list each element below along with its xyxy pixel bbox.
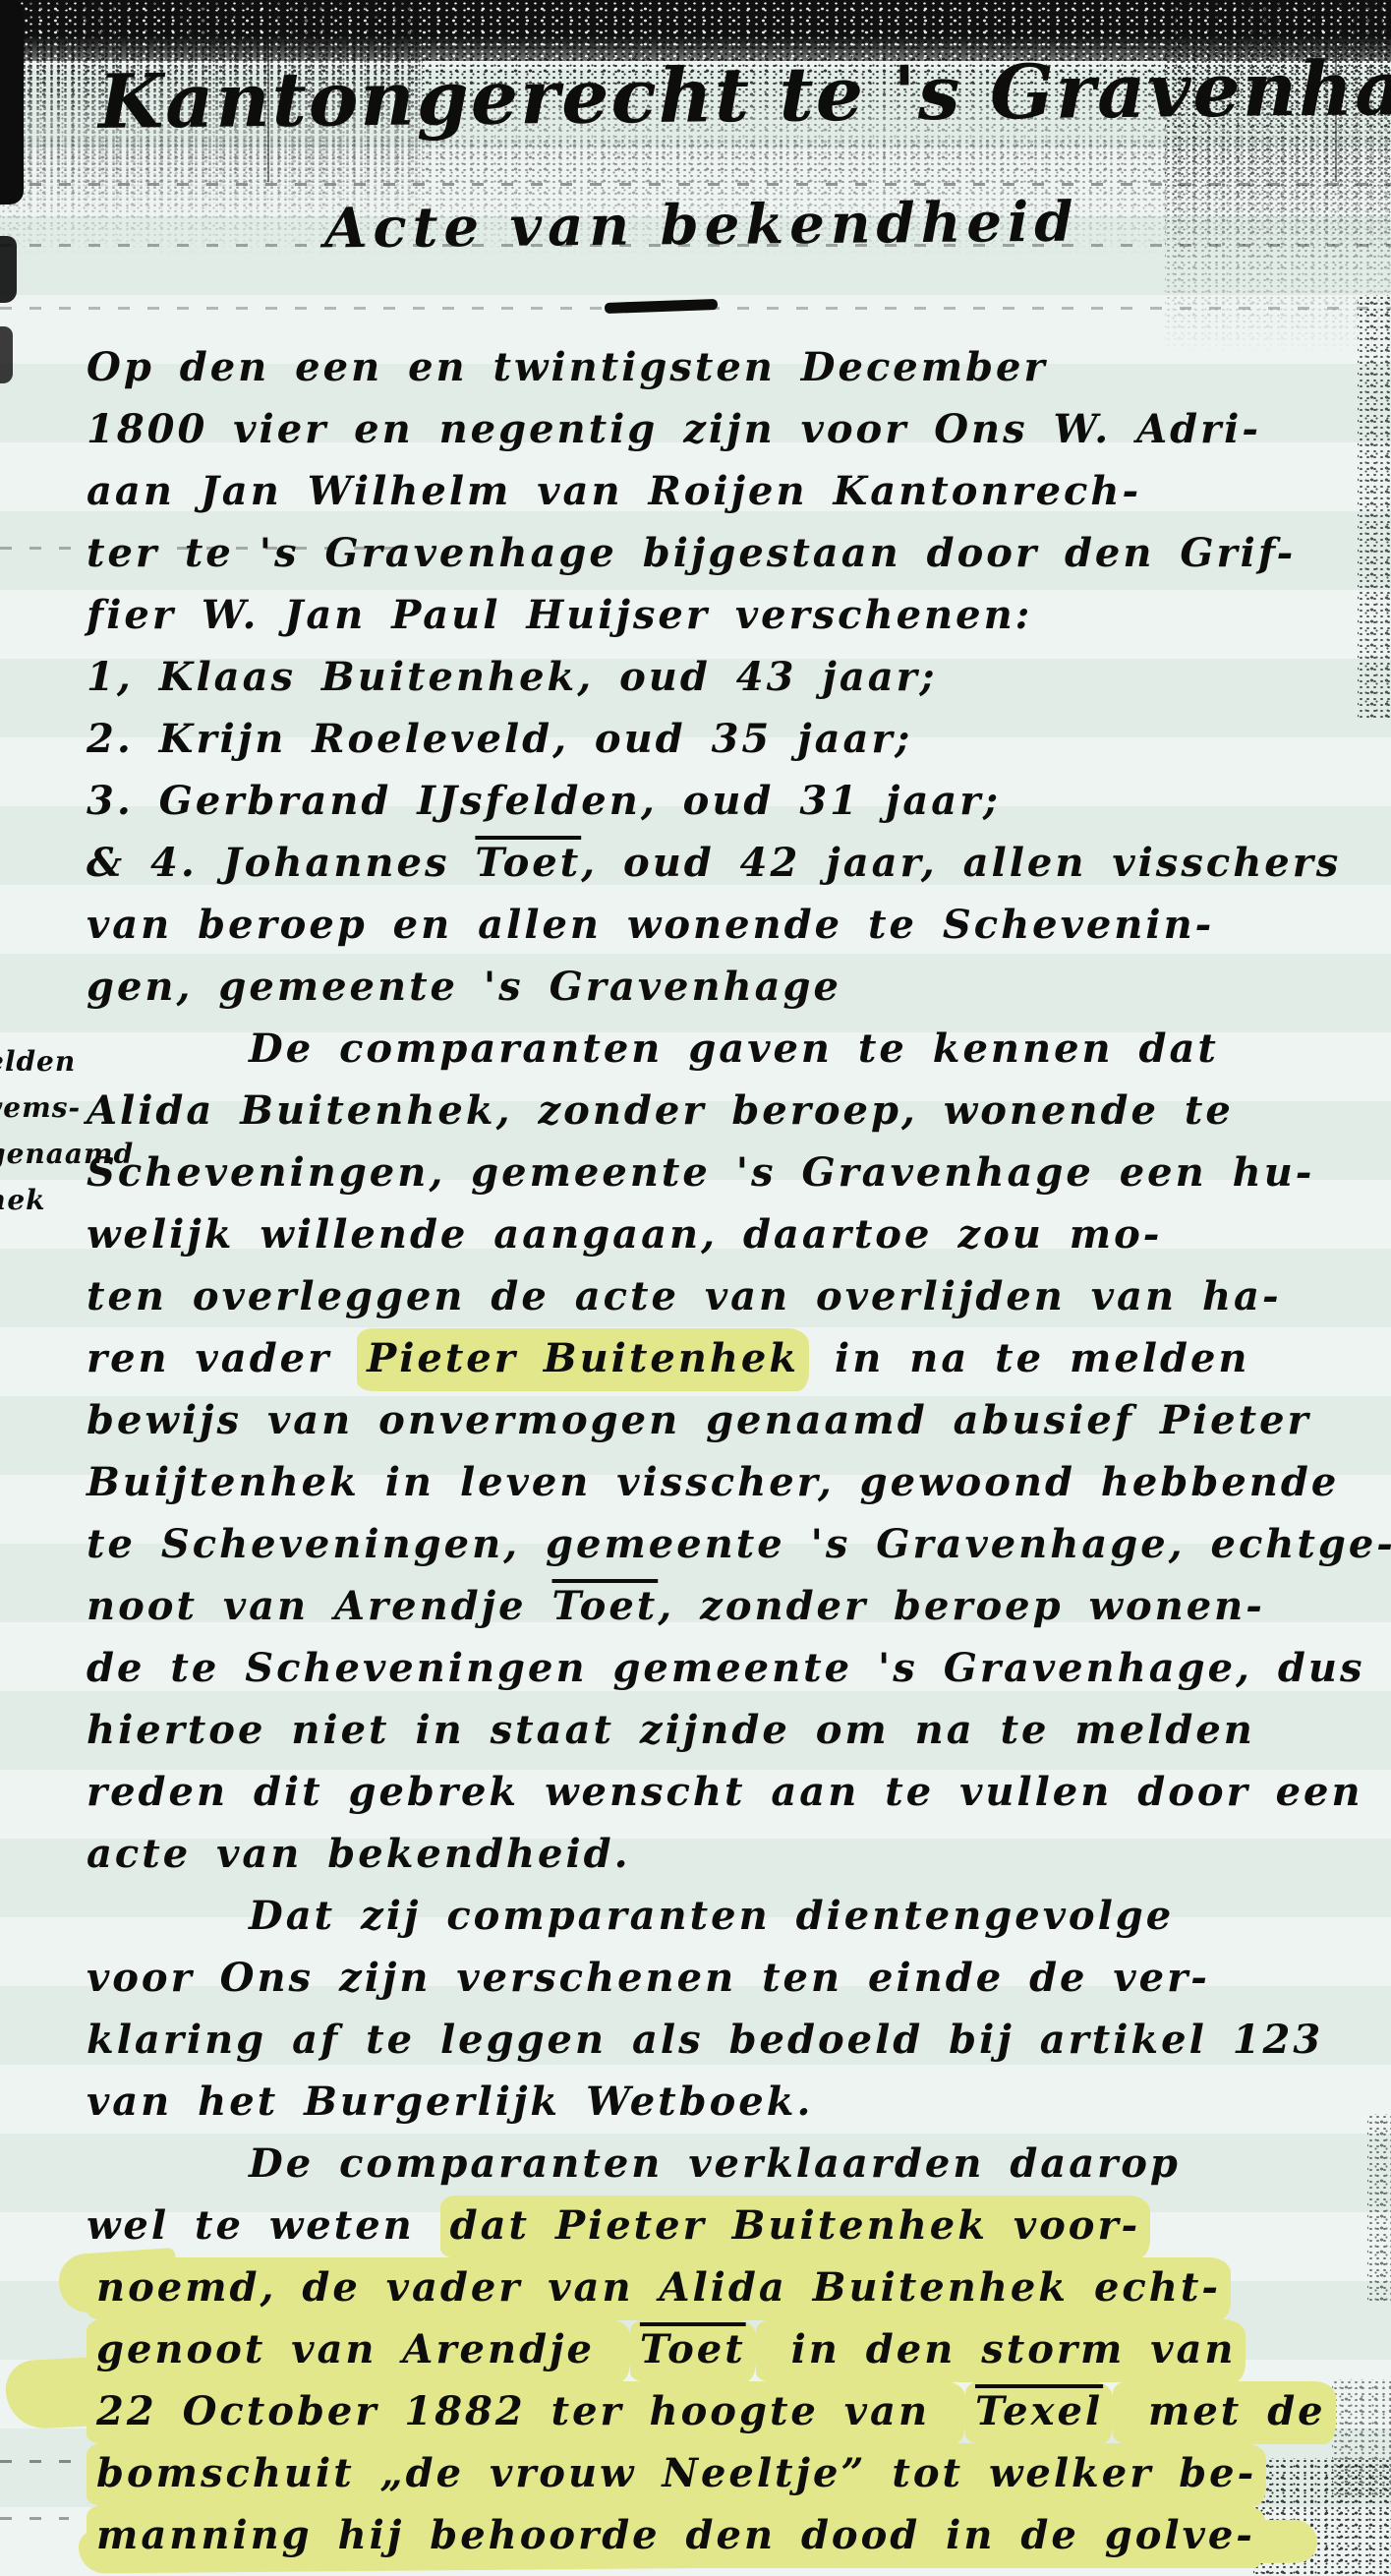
text-segment: de te Scheveningen gemeente 's Gravenhag… — [87, 1645, 1364, 1691]
handwritten-line: voor Ons zijn verschenen ten einde de ve… — [87, 1947, 1384, 2009]
text-segment: fier W. Jan Paul Huijser verschenen: — [87, 592, 1032, 638]
document-subtitle: Acte van bekendheid — [324, 190, 1079, 262]
handwritten-line: Alida Buitenhek, zonder beroep, wonende … — [87, 1080, 1384, 1142]
text-segment: Op den een en twintigsten December — [87, 344, 1048, 390]
text-segment: voor Ons zijn verschenen ten einde de ve… — [87, 1955, 1210, 2001]
handwritten-line: hiertoe niet in staat zijnde om na te me… — [87, 1699, 1384, 1761]
text-segment: wel te weten — [87, 2202, 440, 2249]
highlighted-text: in den storm van — [756, 2319, 1246, 2382]
handwritten-line: van het Burgerlijk Wetboek. — [87, 2071, 1384, 2133]
handwritten-line: wel te weten dat Pieter Buitenhek voor- — [87, 2195, 1384, 2256]
handwritten-line: 3. Gerbrand IJsfelden, oud 31 jaar; — [87, 770, 1384, 832]
text-segment: 2. Krijn Roeleveld, oud 35 jaar; — [87, 716, 912, 762]
text-segment: ren vader — [87, 1335, 357, 1381]
text-segment: gen, gemeente 's Gravenhage — [87, 964, 841, 1010]
text-segment: welijk willende aangaan, daartoe zou mo- — [87, 1211, 1162, 1258]
handwritten-line: 1800 vier en negentig zijn voor Ons W. A… — [87, 398, 1384, 460]
text-segment: van beroep en allen wonende te Schevenin… — [87, 902, 1214, 948]
scan-blot-left-top — [0, 0, 24, 205]
handwritten-line: van beroep en allen wonende te Schevenin… — [87, 894, 1384, 956]
text-segment: klaring af te leggen als bedoeld bij art… — [87, 2017, 1323, 2063]
text-segment: Scheveningen, gemeente 's Gravenhage een… — [87, 1149, 1314, 1196]
text-segment: reden dit gebrek wenscht aan te vullen d… — [87, 1769, 1363, 1815]
text-segment: bewijs van onvermogen genaamd abusief Pi… — [87, 1397, 1311, 1443]
text-segment: hiertoe niet in staat zijnde om na te me… — [87, 1707, 1255, 1753]
text-segment: aan Jan Wilhelm van Roijen Kantonrech- — [87, 468, 1141, 514]
text-segment: De comparanten verklaarden daarop — [249, 2140, 1181, 2187]
text-segment: & 4. Johannes — [87, 840, 475, 886]
text-segment: van het Burgerlijk Wetboek. — [87, 2078, 813, 2125]
handwritten-line: 22 October 1882 ter hoogte van Texel met… — [87, 2380, 1384, 2442]
highlighted-text: 22 October 1882 ter hoogte van — [87, 2381, 965, 2444]
highlighted-text: dat Pieter Buitenhek voor- — [440, 2195, 1150, 2258]
highlighted-text: Toet — [630, 2319, 756, 2382]
handwritten-line: Op den een en twintigsten December — [87, 336, 1384, 398]
ruled-artifact-line — [0, 2517, 69, 2520]
handwritten-line: welijk willende aangaan, daartoe zou mo- — [87, 1203, 1384, 1265]
handwritten-line: De comparanten verklaarden daarop — [87, 2133, 1384, 2195]
document-title: Kantongerecht te 's Gravenhage — [98, 44, 1387, 146]
handwritten-line: bomschuit „de vrouw Neeltje” tot welker … — [87, 2442, 1384, 2504]
handwritten-line: ter te 's Gravenhage bijgestaan door den… — [87, 522, 1384, 584]
highlighted-text: bomschuit „de vrouw Neeltje” tot welker … — [87, 2443, 1266, 2506]
highlighted-text: manning hij behoorde den dood in de golv… — [87, 2505, 1265, 2568]
handwritten-line: gen, gemeente 's Gravenhage — [87, 956, 1384, 1018]
text-segment: 3. Gerbrand IJsfelden, oud 31 jaar; — [87, 778, 1001, 824]
handwritten-line: 2. Krijn Roeleveld, oud 35 jaar; — [87, 708, 1384, 770]
text-segment: Buijtenhek in leven visscher, gewoond he… — [87, 1459, 1339, 1505]
highlighted-text: genoot van Arendje — [87, 2319, 630, 2382]
text-segment: Toet — [475, 840, 581, 886]
highlighted-text: noemd, de vader van Alida Buitenhek echt… — [87, 2257, 1231, 2320]
text-segment: 1800 vier en negentig zijn voor Ons W. A… — [87, 406, 1261, 452]
highlighted-text: met de — [1113, 2381, 1336, 2444]
title-separator-dash — [605, 299, 718, 314]
handwritten-line: klaring af te leggen als bedoeld bij art… — [87, 2009, 1384, 2071]
handwritten-line: acte van bekendheid. — [87, 1823, 1384, 1885]
text-segment: De comparanten gaven te kennen dat — [249, 1025, 1219, 1072]
ruled-artifact-line — [0, 183, 1391, 186]
handwritten-line: ren vader Pieter Buitenhek in na te meld… — [87, 1327, 1384, 1389]
handwritten-line: reden dit gebrek wenscht aan te vullen d… — [87, 1761, 1384, 1823]
text-segment: acte van bekendheid. — [87, 1831, 631, 1877]
text-segment: Alida Buitenhek, zonder beroep, wonende … — [87, 1087, 1234, 1134]
text-segment: Toet — [551, 1583, 658, 1629]
text-segment: in na te melden — [809, 1335, 1249, 1381]
handwritten-line: De comparanten gaven te kennen dat — [87, 1018, 1384, 1080]
handwritten-line: Scheveningen, gemeente 's Gravenhage een… — [87, 1142, 1384, 1203]
handwritten-line: de te Scheveningen gemeente 's Gravenhag… — [87, 1637, 1384, 1699]
handwritten-line: ten overleggen de acte van overlijden va… — [87, 1265, 1384, 1327]
text-segment: Dat zij comparanten dientengevolge — [249, 1893, 1174, 1939]
text-segment: ten overleggen de acte van overlijden va… — [87, 1273, 1282, 1319]
scanned-document-page: Kantongerecht te 's Gravenhage Acte van … — [0, 0, 1391, 2576]
text-segment: , zonder beroep wonen- — [658, 1583, 1265, 1629]
handwritten-line: manning hij behoorde den dood in de golv… — [87, 2504, 1384, 2566]
handwritten-line: bewijs van onvermogen genaamd abusief Pi… — [87, 1389, 1384, 1451]
handwritten-line: fier W. Jan Paul Huijser verschenen: — [87, 584, 1384, 646]
text-segment: 1, Klaas Buitenhek, oud 43 jaar; — [87, 654, 938, 700]
handwritten-line: Buijtenhek in leven visscher, gewoond he… — [87, 1451, 1384, 1513]
highlighted-text: Pieter Buitenhek — [357, 1328, 809, 1391]
handwritten-line: noot van Arendje Toet, zonder beroep won… — [87, 1575, 1384, 1637]
handwritten-line: Dat zij comparanten dientengevolge — [87, 1885, 1384, 1947]
scan-blot-left-lower — [0, 326, 13, 383]
document-body: Op den een en twintigsten December1800 v… — [87, 336, 1384, 2566]
text-segment: ter te 's Gravenhage bijgestaan door den… — [87, 530, 1296, 576]
highlighted-text: Texel — [965, 2381, 1113, 2444]
handwritten-line: aan Jan Wilhelm van Roijen Kantonrech- — [87, 460, 1384, 522]
handwritten-line: te Scheveningen, gemeente 's Gravenhage,… — [87, 1513, 1384, 1575]
handwritten-line: & 4. Johannes Toet, oud 42 jaar, allen v… — [87, 832, 1384, 894]
handwritten-line: noemd, de vader van Alida Buitenhek echt… — [87, 2256, 1384, 2318]
text-segment: te Scheveningen, gemeente 's Gravenhage,… — [87, 1521, 1391, 1567]
text-segment: noot van Arendje — [87, 1583, 551, 1629]
handwritten-line: genoot van Arendje Toet in den storm van — [87, 2318, 1384, 2380]
handwritten-line: 1, Klaas Buitenhek, oud 43 jaar; — [87, 646, 1384, 708]
text-segment: , oud 42 jaar, allen visschers — [581, 840, 1341, 886]
